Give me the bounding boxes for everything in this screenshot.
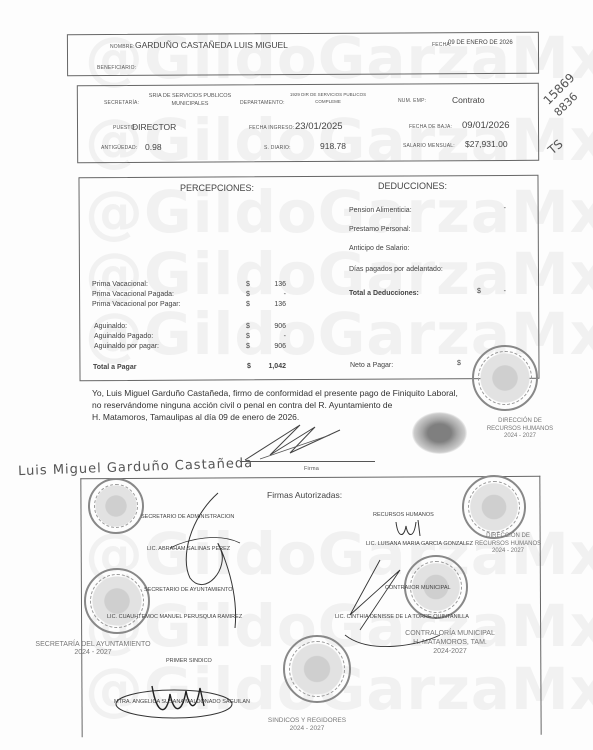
secretaria-stamp-text: SECRETARÍA DEL AYUNTAMIENTO 2024 - 2027 <box>18 641 168 656</box>
authorized-title: Firmas Autorizadas: <box>267 490 342 500</box>
perception-amount: 136 <box>256 301 286 308</box>
salario-mensual-value: $27,931.00 <box>465 139 508 149</box>
perception-currency: $ <box>246 301 250 308</box>
deduction-label: Días pagados por adelantado: <box>349 266 443 273</box>
total-deducciones-label: Total a Deducciones: <box>349 290 419 297</box>
signature-admin <box>160 488 250 638</box>
employee-signature <box>240 415 360 465</box>
fecha-ingreso-label: Fecha Ingreso: <box>249 125 294 131</box>
sindicos-stamp-text: SINDICOS Y REGIDORES 2024 - 2027 <box>242 717 372 732</box>
signature-sindico <box>112 676 252 736</box>
name-label: Nombre: <box>110 44 135 50</box>
secretaria-label: Secretaría: <box>104 100 139 106</box>
antiguedad-label: Antigüedad: <box>101 145 137 151</box>
puesto-value: DIRECTOR <box>132 122 176 132</box>
salario-mensual-label: Salario Mensual: <box>403 143 455 149</box>
s-diario-value: 918.78 <box>320 141 346 151</box>
perception-currency: $ <box>246 323 250 330</box>
perception-amount: - <box>256 291 286 298</box>
total-a-pagar-label: Total a Pagar <box>93 364 136 371</box>
rh-stamp-text: DIRECCIÓN DE RECURSOS HUMANOS 2024 - 202… <box>468 533 548 556</box>
official-seal-stamp <box>462 475 526 539</box>
perception-label: Aguinaldo Pagado: <box>94 333 153 340</box>
total-a-pagar-currency: $ <box>247 363 251 370</box>
fecha-baja-value: 09/01/2026 <box>462 120 510 131</box>
perception-amount: - <box>256 333 286 340</box>
rh-stamp-text: DIRECCIÓN DE RECURSOS HUMANOS 2024 - 202… <box>470 418 570 441</box>
perception-currency: $ <box>246 343 250 350</box>
perception-amount: 906 <box>256 323 286 330</box>
deduction-label: Pension Alimenticia: <box>349 207 412 214</box>
neto-a-pagar-currency: $ <box>457 360 461 367</box>
signature-rh <box>394 518 424 540</box>
signature-label: Firma <box>304 466 319 472</box>
statement-line-1: Yo, Luis Miguel Garduño Castañeda, firmo… <box>92 388 522 400</box>
perception-currency: $ <box>246 333 250 340</box>
fecha-baja-label: Fecha de Baja: <box>409 124 452 130</box>
secretaria-value: SRIA DE SERVICIOS PUBLICOS MUNICIPALES <box>145 92 235 108</box>
statement-line-2: no reservándome ninguna acción civil o p… <box>92 400 522 412</box>
deductions-title: DEDUCCIONES: <box>378 181 447 191</box>
departamento-value: 1929 DIR DE SERVICIOS PUBLICOS COMPLEME <box>288 91 368 105</box>
deduction-amount: - <box>476 205 506 212</box>
perceptions-title: PERCEPCIONES: <box>180 183 254 193</box>
deduction-label: Prestamo Personal: <box>349 226 410 233</box>
perception-currency: $ <box>246 291 250 298</box>
total-deducciones-amount: - <box>476 288 506 295</box>
header-box <box>67 32 539 76</box>
official-seal-stamp <box>88 478 144 534</box>
fecha-ingreso-value: 23/01/2025 <box>295 121 343 132</box>
neto-a-pagar-label: Neto a Pagar: <box>350 362 393 369</box>
handwritten-name: Luis Miguel Garduño Castañeda <box>18 456 254 479</box>
signer-name: LIC. LUISANA MARIA GARCIA GONZALEZ <box>366 541 473 547</box>
total-a-pagar-amount: 1,042 <box>256 363 286 370</box>
name-value: GARDUÑO CASTAÑEDA LUIS MIGUEL <box>135 40 288 50</box>
payment-box <box>78 175 539 381</box>
perception-label: Prima Vacacional: <box>92 281 148 288</box>
num-emp-value: Contrato <box>452 95 485 105</box>
official-seal-stamp <box>84 568 150 634</box>
signature-contralor <box>340 555 450 655</box>
departamento-label: Departamento: <box>240 100 285 106</box>
perception-label: Prima Vacacional Pagada: <box>92 291 174 298</box>
date-value: 09 DE ENERO DE 2026 <box>448 40 513 46</box>
perception-amount: 906 <box>256 343 286 350</box>
deduction-label: Anticipo de Salario: <box>349 245 409 252</box>
s-diario-label: S. Diario: <box>264 145 291 151</box>
perception-label: Prima Vacacional por Pagar: <box>92 301 181 308</box>
num-emp-label: Num. Emp: <box>398 98 426 104</box>
perception-amount: 136 <box>256 281 286 288</box>
perception-currency: $ <box>246 281 250 288</box>
signer-role: PRIMER SINDICO <box>166 658 212 664</box>
perception-label: Aguinaldo por pagar: <box>94 343 159 350</box>
beneficiary-label: Beneficiario: <box>97 65 136 71</box>
perception-label: Aguinaldo: <box>94 323 127 330</box>
antiguedad-value: 0.98 <box>145 142 162 152</box>
